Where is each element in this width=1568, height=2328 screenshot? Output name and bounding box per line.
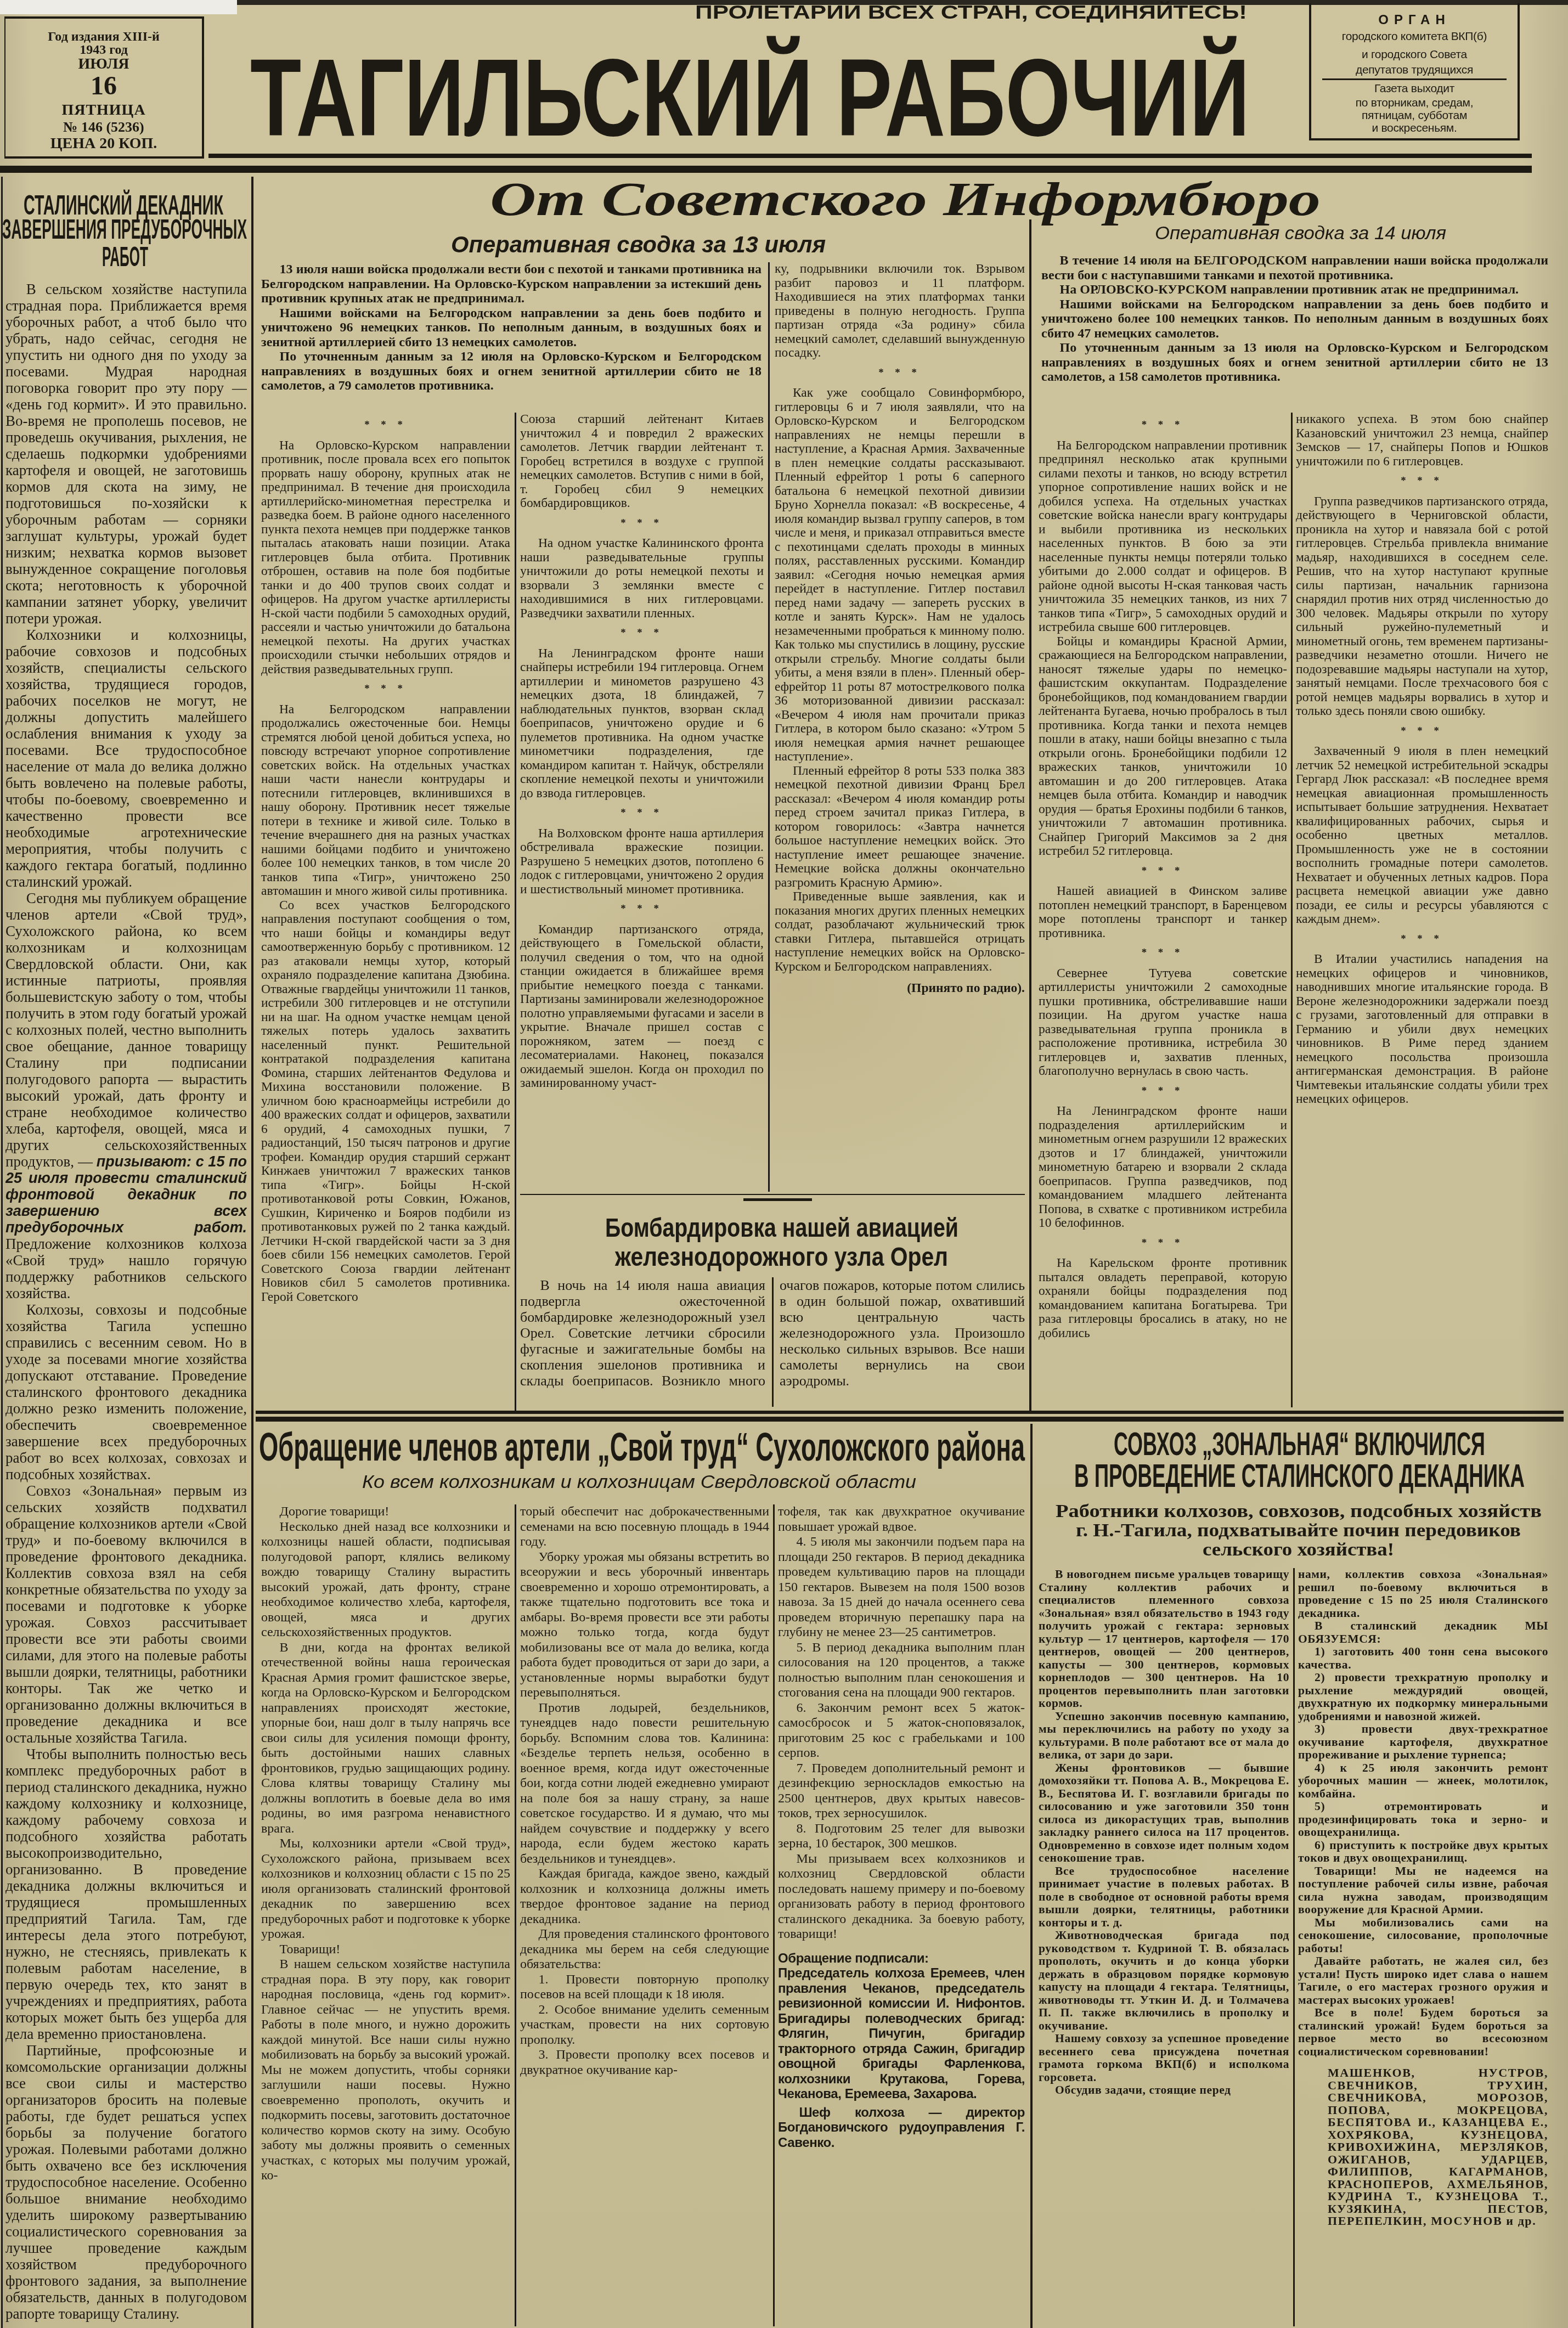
bombing-headline: Бомбардировка нашей авиацией железнодоро… — [598, 1207, 971, 1273]
organ-line: депутатов трудящихся — [1311, 64, 1518, 77]
paragraph: Захваченный 9 июля в плен немецкий летчи… — [1296, 745, 1548, 927]
paragraph: Обсудив задачи, стоящие перед — [1039, 2084, 1289, 2097]
section-separator: * * * — [261, 418, 510, 432]
schedule-line: пятницам, субботам — [1311, 109, 1518, 122]
paragraph: Нашему совхозу за успешное проведение ве… — [1039, 2032, 1289, 2084]
continued-paragraph: ку, подрывники включили ток. Взрывом раз… — [775, 262, 1025, 360]
report-heading-text: Оперативная сводка за 13 июля — [451, 232, 826, 257]
issue-number: № 146 (5236) — [5, 120, 202, 135]
sovkhoz-subheadline: Работники колхозов, совхозов, подсобных … — [1037, 1498, 1564, 1564]
appeal-headline: Обращение членов артели „Свой труд“ Сухо… — [259, 1424, 1027, 1468]
headline-line: ЗАВЕРШЕНИЯ ПРЕДУБОРОЧНЫХ — [2, 214, 247, 245]
paragraph: 6) приступить к постройке двух крытых то… — [1298, 1839, 1548, 1865]
paragraph: В сталинский декадник МЫ ОБЯЗУЕМСЯ: — [1298, 1620, 1548, 1645]
paragraph: Мы призываем всех колхозников и колхозни… — [778, 1852, 1025, 1942]
paragraph: 1. Провести повторную прополку посевов н… — [520, 1972, 769, 2003]
column-rule — [768, 262, 770, 1192]
section-separator: * * * — [775, 366, 1025, 380]
paragraph: 2. Особое внимание уделить семенным учас… — [520, 2003, 769, 2048]
schedule-line: Газета выходит — [1311, 82, 1518, 95]
schedule-line: по вторникам, средам, — [1311, 97, 1518, 110]
continued-paragraph: нами, коллектив совхоза «Зональная» реши… — [1298, 1568, 1548, 1620]
patron-signature: Шеф колхоза — директор Богдановичского р… — [778, 2105, 1025, 2151]
headline-line: Бомбардировка нашей авиацией — [605, 1214, 958, 1243]
paragraph: Нашей авиацией в Финском заливе потоплен… — [1039, 884, 1287, 940]
report-heading-text: Оперативная сводка за 14 июля — [1155, 223, 1446, 244]
column-rule — [773, 1504, 775, 2326]
issue-weekday: ПЯТНИЦА — [5, 102, 202, 119]
section-separator: * * * — [1039, 864, 1287, 878]
paragraph: Севернее Тутуева советские артиллеристы … — [1039, 967, 1287, 1079]
section-rule — [256, 1417, 1564, 1422]
organ-line: городского комитета ВКП(б) — [1311, 30, 1518, 43]
paragraph: На Ленинградском фронте наши подразделен… — [1039, 1104, 1287, 1231]
paragraph: Колхозы, совхозы и подсобные хозяйства Т… — [5, 1301, 247, 1483]
newspaper-title-text: ТАГИЛЬСКИЙ РАБОЧИЙ — [250, 36, 1250, 159]
paragraph: Командир партизанского отряда, действующ… — [520, 923, 764, 1091]
section-separator: * * * — [1296, 724, 1548, 739]
section-separator: * * * — [520, 516, 764, 531]
paragraph: Приведенные выше заявления, как и показа… — [775, 890, 1025, 974]
paragraph: В Италии участились нападения на немецки… — [1296, 952, 1548, 1107]
paragraph: Мы, колхозники артели «Свой труд», Сухол… — [261, 1836, 510, 1942]
editorial-body: В сельском хозяйстве наступила страдная … — [5, 281, 247, 2324]
paragraph: Сегодня мы публикуем обращение членов ар… — [5, 890, 247, 1301]
paragraph: Все в поле! Будем бороться за сталинский… — [1298, 2006, 1548, 2058]
text-run: На — [1060, 283, 1080, 297]
paragraph: 2) провести трехкратную прополку и рыхле… — [1298, 1671, 1548, 1723]
appeal-column-1: Дорогие товарищи!Несколько дней назад вс… — [261, 1504, 510, 2325]
editorial-headline: СТАЛИНСКИЙ ДЕКАДНИК ЗАВЕРШЕНИЯ ПРЕДУБОРО… — [0, 181, 248, 272]
report-column-july14-2: никакого успеха. В этом бою снайпер Каза… — [1296, 413, 1548, 1407]
paragraph: На Белгородском направлении продолжались… — [261, 703, 510, 899]
article-dash — [743, 1198, 812, 1201]
emphasized-text: ОРЛОВСКО-КУРСКОМ — [1080, 283, 1227, 297]
report-column-july13-1: * * *На Орловско-Курском направлении про… — [261, 413, 510, 1411]
report-column-july14-1: * * *На Белгородском направлении противн… — [1039, 413, 1287, 1407]
organ-line: и городского Совета — [1311, 48, 1518, 61]
paragraph: Товарищи! — [261, 1942, 510, 1958]
report-column-july13-3: ку, подрывники включили ток. Взрывом раз… — [775, 262, 1025, 1190]
report-summary-july13: 13 июля наши войска продолжали вести бои… — [261, 262, 762, 410]
section-separator: * * * — [1296, 932, 1548, 946]
sovkhoz-column-2: нами, коллектив совхоза «Зональная» реши… — [1298, 1568, 1548, 2325]
report-column-july13-2: Союза старший лейтенант Китаев уничтожил… — [520, 413, 764, 1190]
slogan-text: ПРОЛЕТАРИИ ВСЕХ СТРАН, СОЕДИНЯЙТЕСЬ! — [695, 1, 1247, 23]
paragraph: 4. 5 июля мы закончили подъем пара на пл… — [778, 1535, 1025, 1641]
column-rule — [515, 1504, 516, 2326]
section-separator: * * * — [1296, 474, 1548, 488]
signatures: Председатель колхоза Еремеев, член правл… — [778, 1966, 1025, 2102]
paragraph: На Белгородском направлении противник пр… — [1039, 439, 1287, 635]
paragraph: В нашем сельском хозяйстве наступила стр… — [261, 1957, 510, 2184]
paragraph: 13 июля наши войска продолжали вести бои… — [261, 262, 762, 306]
paragraph: На Ленинградском фронте наши снайперы ис… — [520, 647, 764, 801]
section-rule — [1029, 219, 1031, 1413]
paragraph: Чтобы выполнить полностью весь комплекс … — [5, 1746, 247, 2042]
subheadline-line: Работники колхозов, совхозов, подсобных … — [1056, 1501, 1542, 1521]
text-run: В течение 14 июля на — [1060, 253, 1194, 268]
section-separator: * * * — [520, 806, 764, 820]
emphasized-text: БЕЛГОРОДСКОМ — [1194, 253, 1307, 268]
organ-label: ОРГАН — [1311, 14, 1518, 27]
paragraph: 3) провести двух-трехкратное окучивание … — [1298, 1723, 1548, 1762]
paragraph: 3. Провести прополку всех посевов и двук… — [520, 2048, 769, 2078]
paragraph: На Орловско-Курском направлении противни… — [261, 439, 510, 677]
paragraph: В течение 14 июля на БЕЛГОРОДСКОМ направ… — [1041, 253, 1548, 283]
paragraph: Партийные, профсоюзные и комсомольские о… — [5, 2042, 247, 2322]
bombing-body: В ночь на 14 июля наша авиация подвергла… — [520, 1277, 1025, 1407]
paragraph: 5. В период декадника выполним план сило… — [778, 1641, 1025, 1701]
text-run: В сталинский декадник — [1315, 1619, 1525, 1632]
section-rule — [256, 1411, 1564, 1414]
column-rule — [1, 177, 3, 2328]
paragraph: Дорогие товарищи! — [261, 1504, 510, 1520]
newspaper-page: Год издания XIII-й 1943 год ИЮЛЯ 16 ПЯТН… — [0, 0, 1568, 2328]
paragraph: Успешно закончив посевную кампанию, мы п… — [1039, 1710, 1289, 1762]
masthead-rule — [208, 154, 1532, 158]
paragraph: По уточненным данным за 12 июля на Орлов… — [261, 350, 762, 393]
source-note: (Принято по радио). — [775, 982, 1025, 996]
paragraph: Товарищи! Мы не надеемся на поступление … — [1298, 1865, 1548, 1916]
paragraph: 6. Закончим ремонт всех 5 жаток-самосбро… — [778, 1701, 1025, 1761]
sovinformburo-title-text: От Советского Информбюро — [490, 173, 1321, 226]
signature-names: МАШЕНКОВ, НУСТРОВ, СВЕЧНИКОВ, ТРУХИН, СВ… — [1328, 2067, 1548, 2228]
masthead-rule — [0, 166, 1532, 173]
paragraph: В новогоднем письме уральцев товарищу Ст… — [1039, 1568, 1289, 1710]
appeal-column-3: тофеля, так как двухкратное окучивание п… — [778, 1504, 1025, 2325]
paragraph: Против лодырей, бездельников, тунеядцев … — [520, 1701, 769, 1867]
appeal-column-2: торый обеспечит нас доброкачественными с… — [520, 1504, 769, 2325]
paragraph: Группа разведчиков партизанского отряда,… — [1296, 495, 1548, 719]
paragraph: В сельском хозяйстве наступила страдная … — [5, 281, 247, 627]
section-separator: * * * — [520, 902, 764, 916]
report-heading-july14: Оперативная сводка за 14 июля — [1152, 219, 1448, 245]
section-separator: * * * — [520, 626, 764, 640]
issue-month: ИЮЛЯ — [5, 56, 202, 72]
report-heading-july13: Оперативная сводка за 13 июля — [450, 230, 828, 259]
paragraph: Бойцы и командиры Красной Армии, сражающ… — [1039, 635, 1287, 859]
organ-info-box: ОРГАН городского комитета ВКП(б) и город… — [1309, 3, 1520, 140]
paragraph: 1) заготовить 400 тонн сена высокого кач… — [1298, 1645, 1548, 1671]
paragraph: Мы мобилизовались сами на сенокошение, с… — [1298, 1916, 1548, 1955]
text-run: Предложение колхозников колхоза «Свой тр… — [5, 1236, 247, 1301]
paragraph: 5) отремонтировать и продезинфицировать … — [1298, 1800, 1548, 1839]
paragraph: 4) к 25 июля закончить ремонт уборочных … — [1298, 1762, 1548, 1801]
slogan: ПРОЛЕТАРИИ ВСЕХ СТРАН, СОЕДИНЯЙТЕСЬ! — [695, 1, 1248, 23]
paragraph: Нашими войсками на Белгородском направле… — [261, 306, 762, 350]
paragraph: Для проведения сталинского фронтового де… — [520, 1927, 769, 1972]
issue-info-box: Год издания XIII-й 1943 год ИЮЛЯ 16 ПЯТН… — [4, 16, 204, 159]
section-separator: * * * — [261, 682, 510, 696]
appeal-subheadline: Ко всем колхозникам и колхозницам Свердл… — [362, 1470, 917, 1495]
paragraph: В ночь на 14 июля наша авиация подвергла… — [520, 1277, 1025, 1389]
continued-paragraph: торый обеспечит нас доброкачественными с… — [520, 1504, 769, 1550]
paragraph: Все трудоспособное население принимает у… — [1039, 1865, 1289, 1930]
paragraph: На Волховском фронте наша артиллерия обс… — [520, 827, 764, 897]
issue-price: ЦЕНА 20 КОП. — [5, 136, 202, 152]
organ-divider — [1322, 78, 1507, 80]
paragraph: Со всех участков Белгородского направлен… — [261, 899, 510, 1305]
paragraph: Жены фронтовиков — бывшие домохозяйки тт… — [1039, 1762, 1289, 1865]
column-rule — [251, 177, 253, 2328]
paragraph: В дни, когда на фронтах великой отечеств… — [261, 1641, 510, 1837]
sovkhoz-headline: СОВХОЗ „ЗОНАЛЬНАЯ“ ВКЛЮЧИЛСЯ В ПРОВЕДЕНИ… — [1037, 1424, 1564, 1496]
paragraph: Уборку урожая мы обязаны встретить во вс… — [520, 1550, 769, 1701]
section-separator: * * * — [1039, 946, 1287, 960]
paragraph: Колхозники и колхозницы, рабочие совхозо… — [5, 627, 247, 890]
headline-line: РАБОТ — [102, 241, 148, 272]
headline-line: СОВХОЗ „ЗОНАЛЬНАЯ“ ВКЛЮЧИЛСЯ — [1114, 1425, 1485, 1462]
continued-paragraph: Союза старший лейтенант Китаев уничтожил… — [520, 413, 764, 511]
paragraph: 7. Проведем дополнительный ремонт и дези… — [778, 1761, 1025, 1822]
subheadline-line: г. Н.-Тагила, подхватывайте почин передо… — [1076, 1520, 1521, 1541]
section-separator: * * * — [1039, 418, 1287, 432]
section-rule — [1030, 1424, 1033, 2328]
paragraph: 8. Подготовим 25 телег для вывозки зерна… — [778, 1822, 1025, 1852]
newspaper-title: ТАГИЛЬСКИЙ РАБОЧИЙ — [250, 49, 1251, 143]
headline-line: железнодорожного узла Орел — [614, 1243, 948, 1272]
paragraph: Давайте работать, не жалея сил, без уста… — [1298, 1955, 1548, 2006]
report-summary-july14: В течение 14 июля на БЕЛГОРОДСКОМ направ… — [1041, 253, 1548, 410]
paragraph: Пленный ефрейтор 8 роты 533 полка 383 не… — [775, 764, 1025, 890]
paragraph: Животноводческая бригада под руководство… — [1039, 1929, 1289, 2032]
sovkhoz-column-1: В новогоднем письме уральцев товарищу Ст… — [1039, 1568, 1289, 2325]
column-rule — [515, 413, 516, 1412]
column-rule — [1293, 1568, 1295, 2326]
paragraph: Как уже сообщало Совинформбюро, гитлеров… — [775, 386, 1025, 764]
paragraph: На одном участке Калининского фронта наш… — [520, 537, 764, 621]
continued-paragraph: тофеля, так как двухкратное окучивание п… — [778, 1504, 1025, 1535]
issue-day: 16 — [5, 72, 202, 100]
headline-line: В ПРОВЕДЕНИЕ СТАЛИНСКОГО ДЕКАДНИКА — [1074, 1457, 1525, 1494]
appeal-subheadline-text: Ко всем колхозникам и колхозницам Свердл… — [362, 1472, 916, 1492]
paragraph: Каждая бригада, каждое звено, каждый кол… — [520, 1867, 769, 1927]
subheadline-line: сельского хозяйства! — [1203, 1540, 1394, 1560]
text-run: направлении противник атак не предприним… — [1227, 283, 1519, 297]
paragraph: На Карельском фронте противник пытался о… — [1039, 1256, 1287, 1340]
paragraph: Совхоз «Зональная» первым из сельских хо… — [5, 1483, 247, 1746]
paragraph: По уточненным данным за 13 июля на Орлов… — [1041, 341, 1548, 385]
signatures-heading: Обращение подписали: — [778, 1951, 1025, 1966]
paragraph: Несколько дней назад все колхозники и ко… — [261, 1520, 510, 1641]
schedule-line: и воскресеньям. — [1311, 122, 1518, 135]
section-separator: * * * — [1039, 1084, 1287, 1098]
scan-margin — [0, 0, 237, 14]
section-separator: * * * — [1039, 1236, 1287, 1250]
text-run: Сегодня мы публикуем обращение членов ар… — [5, 890, 247, 1170]
continued-paragraph: никакого успеха. В этом бою снайпер Каза… — [1296, 413, 1548, 469]
article-rule — [520, 1194, 1025, 1195]
appeal-headline-text: Обращение членов артели „Свой труд“ Сухо… — [259, 1425, 1025, 1469]
paragraph: На ОРЛОВСКО-КУРСКОМ направлении противни… — [1041, 283, 1548, 297]
column-rule — [1291, 413, 1293, 1407]
paragraph: Нашими войсками на Белгородском направле… — [1041, 297, 1548, 341]
